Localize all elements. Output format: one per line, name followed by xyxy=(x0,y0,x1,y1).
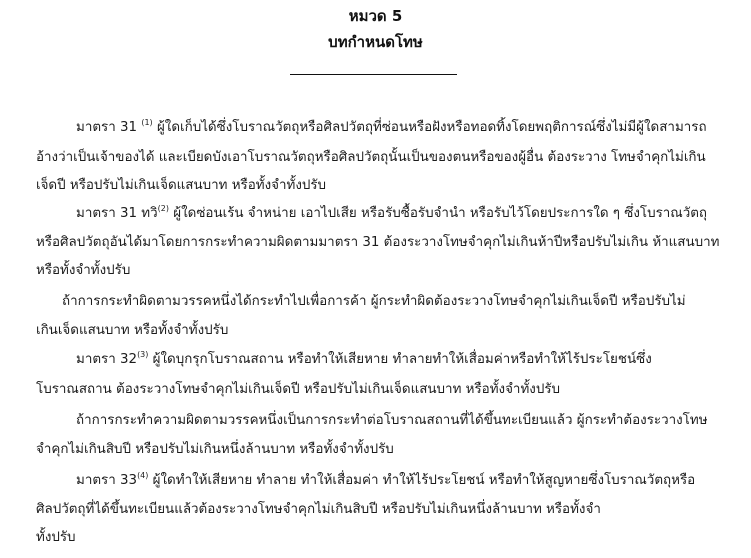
section-31-bis-line-1: มาตรา 31 ทวิ(2) ผู้ใดซ่อนเร้น จำหน่าย เอ… xyxy=(76,204,707,224)
section-32-line-2: โบราณสถาน ต้องระวางโทษจำคุกไม่เกินเจ็ดปี… xyxy=(36,380,560,400)
chapter-number: หมวด 5 xyxy=(0,4,751,28)
section-33-line-2: ศิลปวัตถุที่ได้ขึ้นทะเบียนแล้วต้องระวางโ… xyxy=(36,500,601,520)
footnote-marker: (3) xyxy=(137,350,148,359)
section-label: มาตรา 31 xyxy=(76,120,137,135)
heading-divider xyxy=(290,74,457,75)
paragraph-text: ผู้ใดเก็บได้ซึ่งโบราณวัตถุหรือศิลปวัตถุท… xyxy=(157,120,707,135)
paragraph-text: ผู้ใดบุกรุกโบราณสถาน หรือทำให้เสียหาย ทำ… xyxy=(153,352,652,367)
section-31-bis-line-2: หรือศิลปวัตถุอันได้มาโดยการกระทำความผิดต… xyxy=(36,233,719,253)
paragraph-text: ผู้ใดทำให้เสียหาย ทำลาย ทำให้เสื่อมค่า ท… xyxy=(153,473,696,488)
section-31-bis-para2-line-2: เกินเจ็ดแสนบาท หรือทั้งจำทั้งปรับ xyxy=(36,321,228,341)
section-33-line-3: ทั้งปรับ xyxy=(36,528,76,548)
footnote-marker: (4) xyxy=(137,471,148,480)
section-31-line-3: เจ็ดปี หรือปรับไม่เกินเจ็ดแสนบาท หรือทั้… xyxy=(36,176,326,196)
section-31-line-2: อ้างว่าเป็นเจ้าของได้ และเบียดบังเอาโบรา… xyxy=(36,148,706,168)
footnote-marker: (2) xyxy=(158,204,169,213)
section-32-line-1: มาตรา 32(3) ผู้ใดบุกรุกโบราณสถาน หรือทำใ… xyxy=(76,350,652,370)
section-33-line-1: มาตรา 33(4) ผู้ใดทำให้เสียหาย ทำลาย ทำให… xyxy=(76,471,695,491)
section-label: มาตรา 33 xyxy=(76,473,137,488)
chapter-title: บทกำหนดโทษ xyxy=(0,30,751,54)
section-32-para2-line-1: ถ้าการกระทำความผิดตามวรรคหนึ่งเป็นการกระ… xyxy=(76,411,708,431)
footnote-marker: (1) xyxy=(141,118,152,127)
section-31-line-1: มาตรา 31 (1) ผู้ใดเก็บได้ซึ่งโบราณวัตถุห… xyxy=(76,118,707,138)
section-label: มาตรา 31 ทวิ xyxy=(76,206,158,221)
paragraph-text: ผู้ใดซ่อนเร้น จำหน่าย เอาไปเสีย หรือรับซ… xyxy=(173,206,707,221)
section-31-bis-line-3: หรือทั้งจำทั้งปรับ xyxy=(36,261,130,281)
section-32-para2-line-2: จำคุกไม่เกินสิบปี หรือปรับไม่เกินหนึ่งล้… xyxy=(36,440,394,460)
section-label: มาตรา 32 xyxy=(76,352,137,367)
section-31-bis-para2-line-1: ถ้าการกระทำผิดตามวรรคหนึ่งได้กระทำไปเพื่… xyxy=(62,292,686,312)
